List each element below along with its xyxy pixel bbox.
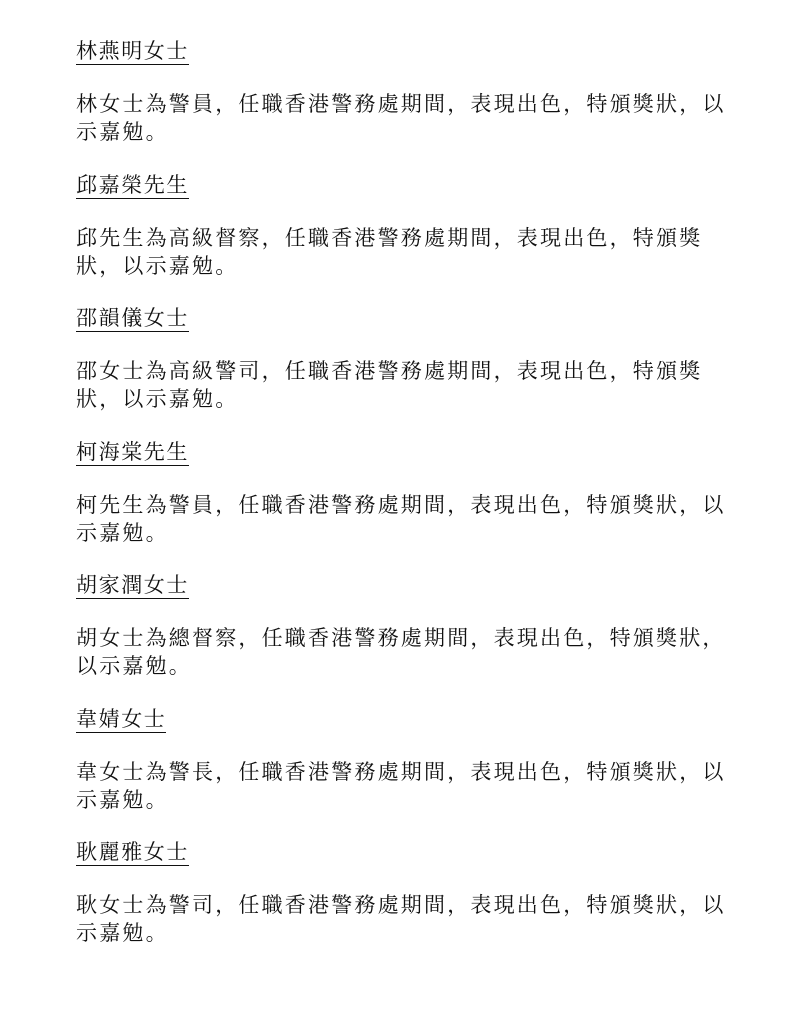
award-entry: 邱嘉榮先生 邱先生為高級督察，任職香港警務處期間，表現出色，特頒獎狀，以示嘉勉。 [76,172,741,306]
award-description: 耿女士為警司，任職香港警務處期間，表現出色，特頒獎狀，以示嘉勉。 [76,891,741,947]
award-entry: 邵韻儀女士 邵女士為高級警司，任職香港警務處期間，表現出色，特頒獎狀，以示嘉勉。 [76,305,741,439]
awardee-name: 胡家潤女士 [76,572,189,599]
award-entry: 韋婧女士 韋女士為警長，任職香港警務處期間，表現出色，特頒獎狀，以示嘉勉。 [76,706,741,840]
awardee-name: 柯海棠先生 [76,439,189,466]
awardee-name: 邱嘉榮先生 [76,172,189,199]
award-description: 林女士為警員，任職香港警務處期間，表現出色，特頒獎狀，以示嘉勉。 [76,90,741,146]
award-entry: 胡家潤女士 胡女士為總督察，任職香港警務處期間，表現出色，特頒獎狀，以示嘉勉。 [76,572,741,706]
award-entry: 林燕明女士 林女士為警員，任職香港警務處期間，表現出色，特頒獎狀，以示嘉勉。 [76,38,741,172]
document-page: 林燕明女士 林女士為警員，任職香港警務處期間，表現出色，特頒獎狀，以示嘉勉。 邱… [76,38,741,973]
award-description: 邱先生為高級督察，任職香港警務處期間，表現出色，特頒獎狀，以示嘉勉。 [76,224,741,280]
award-entry: 柯海棠先生 柯先生為警員，任職香港警務處期間，表現出色，特頒獎狀，以示嘉勉。 [76,439,741,573]
awardee-name: 林燕明女士 [76,38,189,65]
award-description: 胡女士為總督察，任職香港警務處期間，表現出色，特頒獎狀，以示嘉勉。 [76,624,741,680]
award-entry: 耿麗雅女士 耿女士為警司，任職香港警務處期間，表現出色，特頒獎狀，以示嘉勉。 [76,839,741,973]
award-description: 柯先生為警員，任職香港警務處期間，表現出色，特頒獎狀，以示嘉勉。 [76,491,741,547]
award-description: 韋女士為警長，任職香港警務處期間，表現出色，特頒獎狀，以示嘉勉。 [76,758,741,814]
award-description: 邵女士為高級警司，任職香港警務處期間，表現出色，特頒獎狀，以示嘉勉。 [76,357,741,413]
awardee-name: 韋婧女士 [76,706,166,733]
awardee-name: 邵韻儀女士 [76,305,189,332]
awardee-name: 耿麗雅女士 [76,839,189,866]
